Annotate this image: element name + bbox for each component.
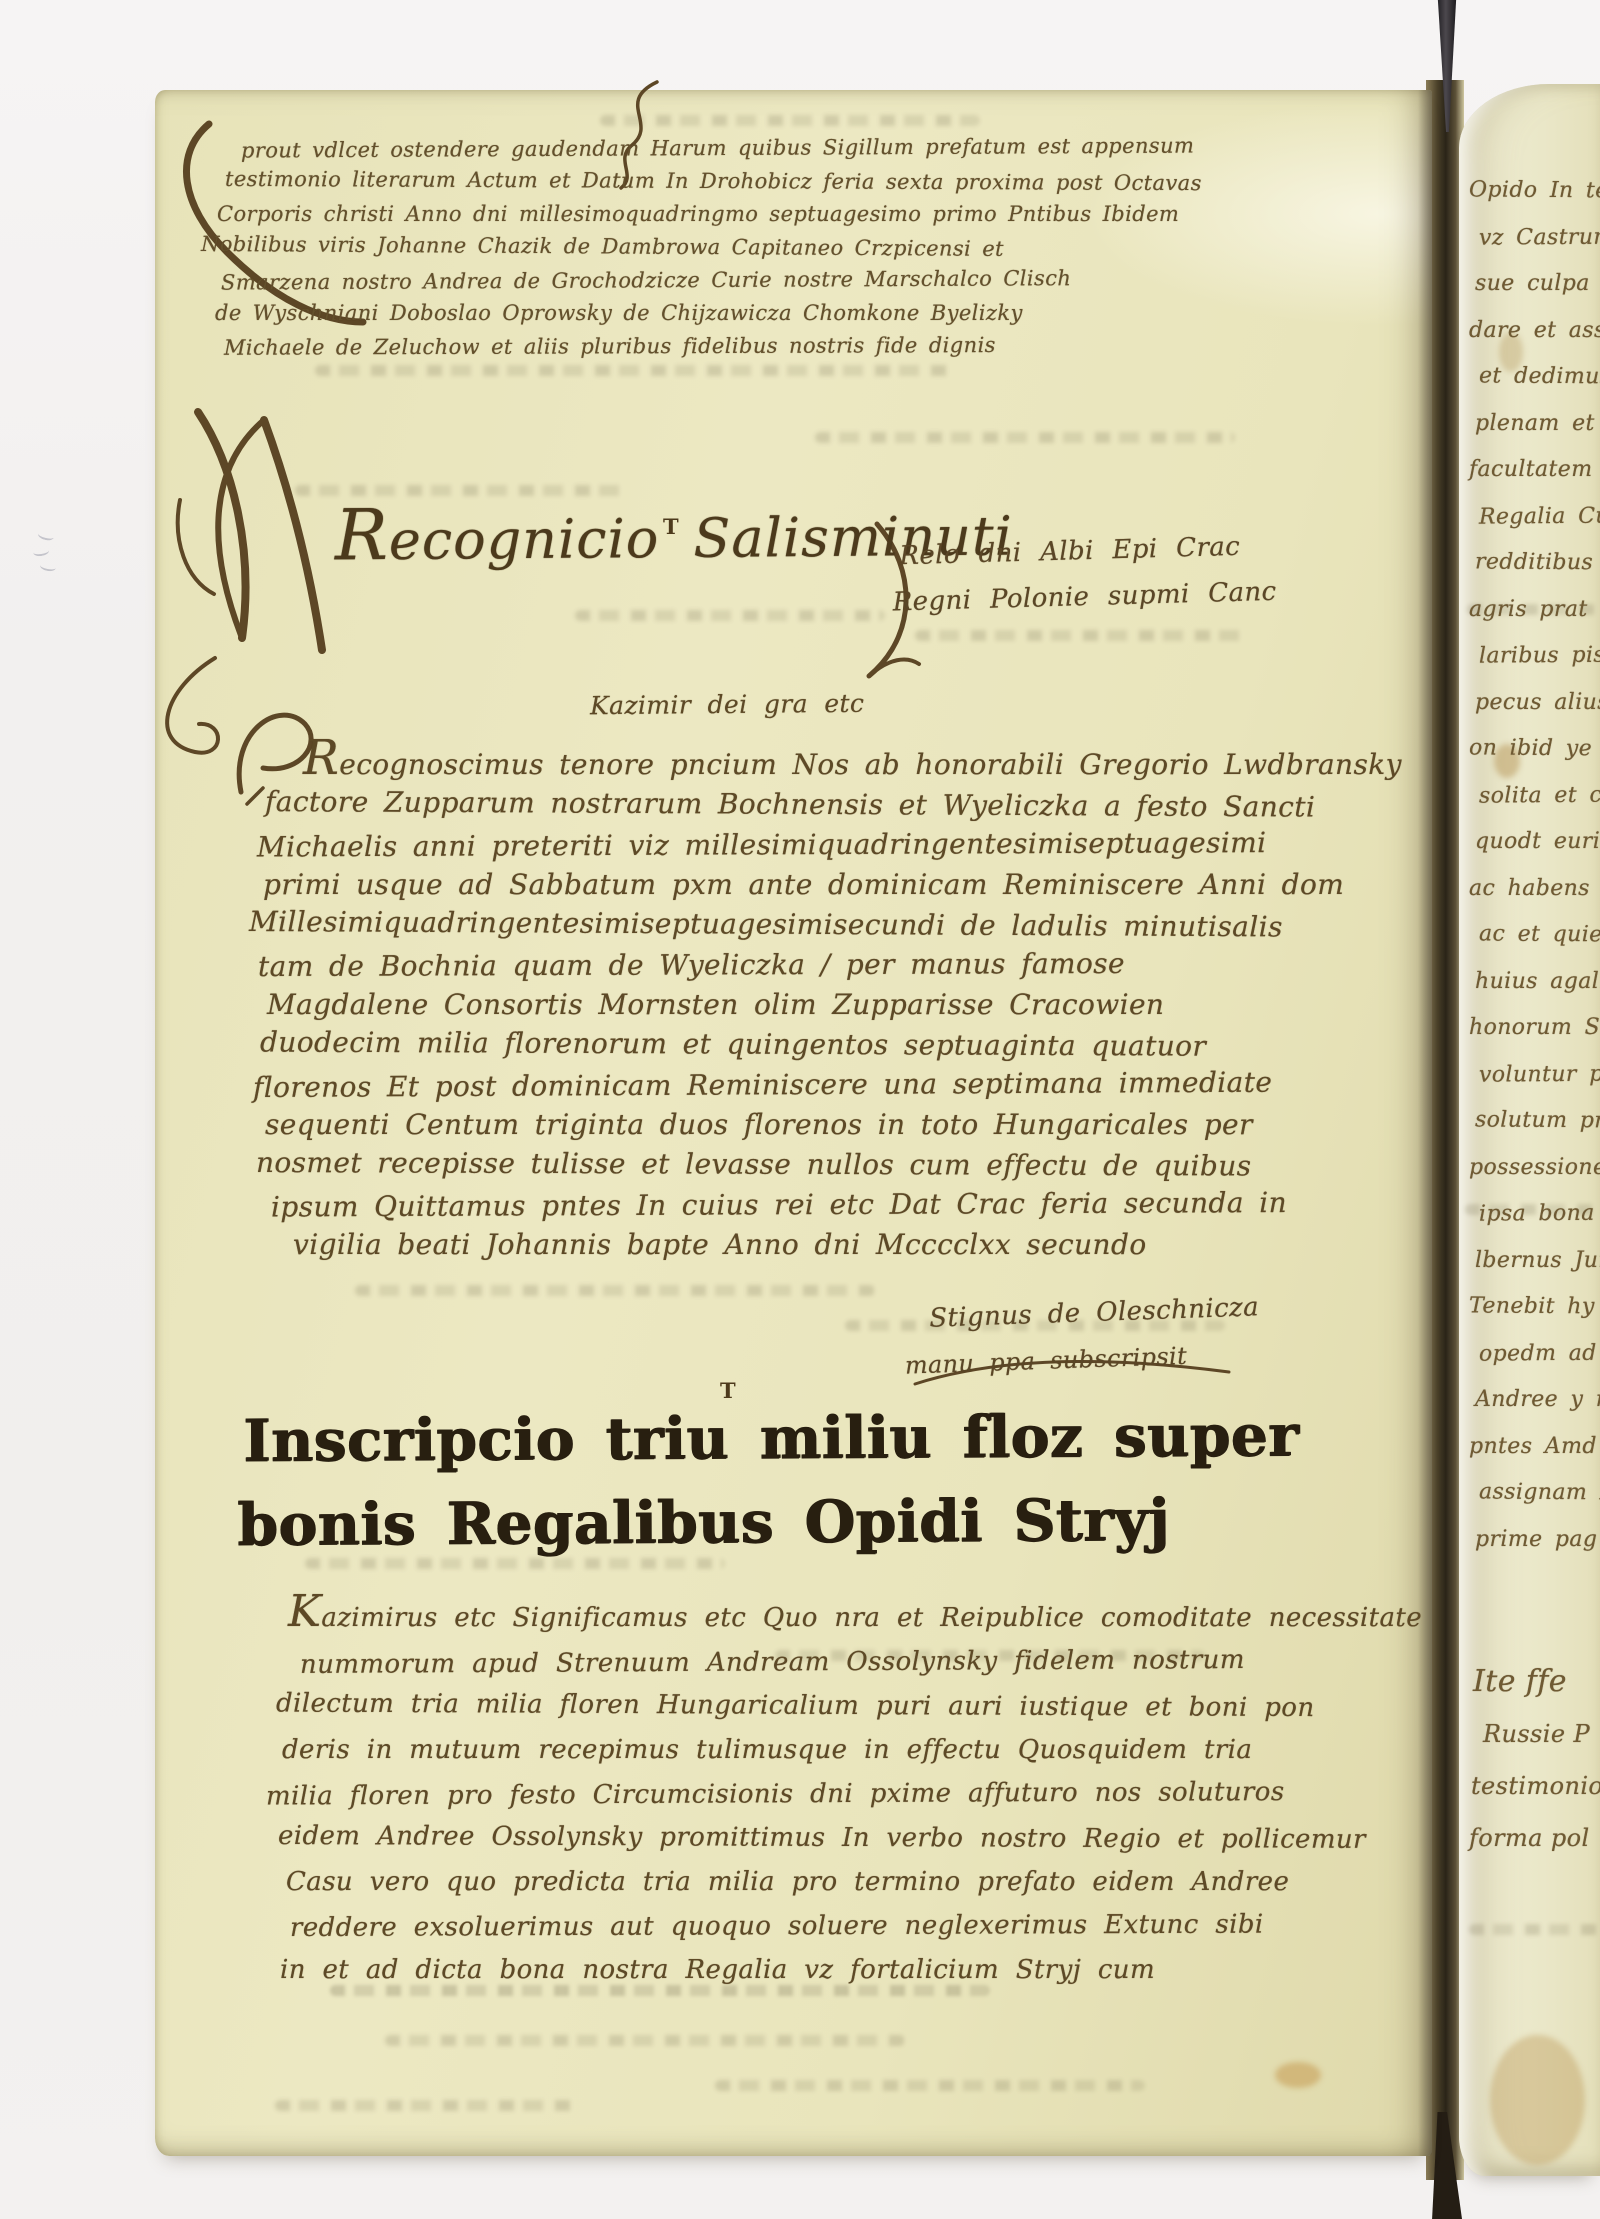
manuscript-line: Tenebit hy (1469, 1283, 1600, 1331)
manuscript-line: laribus pisc (1479, 632, 1600, 680)
entry2-heading: Inscripcio triu miliu floz superbonis Re… (213, 1396, 1299, 1564)
manuscript-line: tam de Bochnia quam de Wyeliczka / per m… (258, 943, 1402, 987)
scanned-manuscript: prout vdlcet ostendere gaudendam Harum q… (0, 0, 1600, 2219)
manuscript-line: testimonio (1471, 1760, 1600, 1812)
manuscript-line: lbernus Jun (1475, 1238, 1600, 1285)
manuscript-line: ac et quiete (1479, 911, 1600, 959)
facing-page-fragments: Opido In terrvz Castrumsue culpa fdare e… (1469, 168, 1600, 1563)
manuscript-line: huius agalis (1475, 959, 1600, 1006)
manuscript-line: et dedimus (1479, 353, 1600, 401)
manuscript-line: Regni Polonie supmi Canc (892, 569, 1277, 626)
manuscript-line: opedm ad (1479, 1330, 1600, 1378)
manuscript-line: vz Castrum (1479, 214, 1600, 262)
manuscript-line: Kazimirus etc Significamus etc Quo nra e… (288, 1596, 1422, 1640)
manuscript-line: sue culpa f (1475, 261, 1600, 308)
manuscript-line: nosmet recepisse tulisse et levasse null… (256, 1143, 1402, 1187)
rubric-heading-line: Inscripcio triu miliu floz super (243, 1393, 1299, 1483)
manuscript-line: milia floren pro festo Circumcisionis dn… (266, 1769, 1422, 1818)
stain (1275, 2062, 1321, 2088)
manuscript-line: Nobilibus viris Johanne Chazik de Dambro… (201, 228, 1202, 267)
manuscript-line: possessionem (1469, 1145, 1600, 1192)
manuscript-line: reddere exsoluerimus aut quoquo soluere … (290, 1902, 1422, 1950)
manuscript-line: redditibus p (1475, 539, 1600, 587)
manuscript-line: prout vdlcet ostendere gaudendam Harum q… (241, 129, 1202, 167)
manuscript-line: vigilia beati Johannis bapte Anno dni Mc… (293, 1225, 1402, 1265)
manuscript-line: factore Zupparum nostrarum Bochnensis et… (265, 782, 1402, 828)
manuscript-line: Recognoscimus tenore pncium Nos ab honor… (303, 742, 1402, 785)
manuscript-line: testimonio literarum Actum et Datum In D… (225, 163, 1202, 200)
manuscript-line: pecus alius (1475, 680, 1600, 727)
manuscript-line: Smarzena nostro Andrea de Grochodzicze C… (221, 261, 1202, 299)
manuscript-line: solutum pred (1475, 1097, 1600, 1145)
manuscript-line: Russie P (1483, 1708, 1600, 1760)
marginal-note: Relo dni Albi Epi CracRegni Polonie supm… (899, 523, 1277, 625)
manuscript-line: Ite ffe (1473, 1656, 1600, 1708)
manuscript-line: deris in mutuum recepimus tulimusque in … (282, 1728, 1422, 1772)
manuscript-line: Michaelis anni preteriti viz millesimiqu… (257, 823, 1402, 868)
manuscript-line: primi usque ad Sabbatum pxm ante dominic… (263, 865, 1402, 905)
manuscript-line: honorum Stry (1469, 1005, 1600, 1052)
manuscript-line: prime pag (1475, 1517, 1600, 1564)
manuscript-line: ipsa bona h (1479, 1190, 1600, 1238)
salutation-line: Kazimir dei gra etc (590, 689, 865, 720)
manuscript-line: Opido In terr (1469, 167, 1600, 215)
manuscript-line: ac habens (1469, 866, 1600, 913)
manuscript-line: Millesimiquadringentesimiseptuagesimisec… (249, 902, 1402, 948)
manuscript-line: solita et cons (1479, 772, 1600, 820)
manuscript-line: eidem Andree Ossolynsky promittimus In v… (278, 1814, 1422, 1862)
stain (1490, 2035, 1585, 2165)
manuscript-line: in et ad dicta bona nostra Regalia vz fo… (280, 1948, 1422, 1992)
manuscript-line: facultatem (1469, 447, 1600, 494)
manuscript-line: quodt eurip (1475, 819, 1600, 866)
entry2-body: Kazimirus etc Significamus etc Quo nra e… (270, 1596, 1422, 1992)
manuscript-line: Regalia Cum (1479, 493, 1600, 541)
manuscript-line: assignam R (1479, 1469, 1600, 1517)
manuscript-line: de Wyschniani Doboslao Oprowsky de Chijz… (215, 297, 1202, 330)
manuscript-page: prout vdlcet ostendere gaudendam Harum q… (155, 90, 1432, 2156)
manuscript-line: dilectum tria milia floren Hungaricalium… (276, 1682, 1422, 1731)
manuscript-line: on ibid ye (1469, 725, 1600, 773)
manuscript-line: agris prat (1469, 587, 1600, 634)
rubric-heading-line: bonis Regalibus Opidi Stryj (237, 1477, 1299, 1567)
manuscript-line: dare et assig (1469, 308, 1600, 355)
manuscript-line: pntes Amd (1469, 1424, 1600, 1471)
margin-swirl (137, 650, 232, 790)
heading-initial-flourish (170, 380, 360, 670)
facing-page: Opido In terrvz Castrumsue culpa fdare e… (1459, 84, 1600, 2176)
manuscript-line: duodecim milia florenorum et quingentos … (260, 1023, 1402, 1068)
manuscript-line: Corporis christi Anno dni millesimoquadr… (217, 198, 1202, 231)
manuscript-line: Magdalene Consortis Mornsten olim Zuppar… (267, 985, 1402, 1025)
facing-page-lower-fragments: Ite ffeRussie Ptestimonioforma pol (1469, 1656, 1600, 1864)
manuscript-line: nummorum apud Strenuum Andream Ossolynsk… (300, 1637, 1422, 1687)
manuscript-line: Andree y r (1475, 1377, 1600, 1424)
manuscript-line: Casu vero quo predicta tria milia pro te… (286, 1860, 1422, 1904)
manuscript-line: voluntur pl (1479, 1051, 1600, 1099)
manuscript-line: forma pol (1469, 1812, 1600, 1864)
opening-paragraph: prout vdlcet ostendere gaudendam Harum q… (215, 132, 1202, 363)
entry1-body: Recognoscimus tenore pncium Nos ab honor… (255, 742, 1402, 1265)
subscription: Stignus de Oleschniczamanu ppa subscrips… (928, 1284, 1261, 1387)
manuscript-line: Michaele de Zeluchow et aliis pluribus f… (224, 328, 1202, 364)
manuscript-line: ipsum Quittamus pntes In cuius rei etc D… (271, 1183, 1402, 1228)
manuscript-line: plenam et o (1475, 401, 1600, 448)
manuscript-line: sequenti Centum triginta duos florenos i… (265, 1105, 1402, 1145)
manuscript-line: florenos Et post dominicam Reminiscere u… (253, 1062, 1402, 1108)
